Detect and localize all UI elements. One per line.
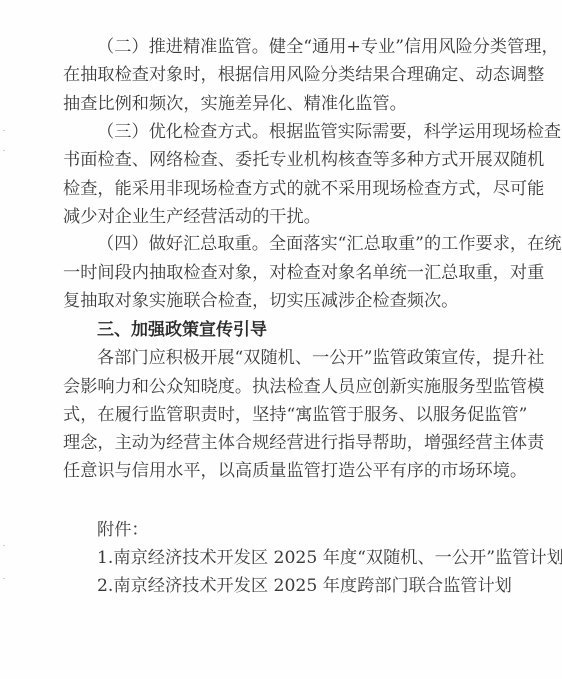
paragraph-line: 式，在履行监管职责时，坚持“寓监管于服务、以服务促监管” <box>63 402 497 428</box>
paragraph-line: 各部门应积极开展“双随机、一公开”监管政策宣传，提升社 <box>97 345 497 371</box>
paragraph-line: 书面检查、网络检查、委托专业机构核查等多种方式开展双随机 <box>63 147 497 173</box>
paragraph-line: 减少对企业生产经营活动的干扰。 <box>63 204 497 230</box>
scan-speck <box>3 150 5 151</box>
paragraph-line: （三）优化检查方式。根据监管实际需要，科学运用现场检查、 <box>97 119 497 145</box>
paragraph-line: 会影响力和公众知晓度。执法检查人员应创新实施服务型监管模 <box>63 374 497 400</box>
paragraph-line: 在抽取检查对象时，根据信用风险分类结果合理确定、动态调整 <box>63 62 497 88</box>
scan-speck <box>3 130 5 131</box>
paragraph-line: 检查，能采用非现场检查方式的就不采用现场检查方式，尽可能 <box>63 176 497 202</box>
paragraph-line: 复抽取对象实施联合检查，切实压减涉企检查频次。 <box>63 288 497 314</box>
document-page: （二）推进精准监管。健全“通用+专业”信用风险分类管理， 在抽取检查对象时，根据… <box>0 0 562 679</box>
attachment-item: 1.南京经济技术开发区 2025 年度“双随机、一公开”监管计划 <box>97 545 507 571</box>
section-heading: 三、加强政策宣传引导 <box>97 317 497 343</box>
paragraph-line: 任意识与信用水平，以高质量监管打造公平有序的市场环境。 <box>63 458 497 484</box>
paragraph-line: 理念，主动为经营主体合规经营进行指导帮助，增强经营主体责 <box>63 430 497 456</box>
attachment-item: 2.南京经济技术开发区 2025 年度跨部门联合监管计划 <box>97 573 427 599</box>
paragraph-line: 抽查比例和频次，实施差异化、精准化监管。 <box>63 91 497 117</box>
paragraph-line: 一时间段内抽取检查对象，对检查对象名单统一汇总取重，对重 <box>63 260 497 286</box>
scan-speck <box>3 578 5 579</box>
paragraph-line: （二）推进精准监管。健全“通用+专业”信用风险分类管理， <box>97 34 497 60</box>
attachments-label: 附件： <box>97 517 507 543</box>
scan-speck <box>3 545 5 546</box>
paragraph-line: （四）做好汇总取重。全面落实“汇总取重”的工作要求，在统 <box>97 231 497 257</box>
